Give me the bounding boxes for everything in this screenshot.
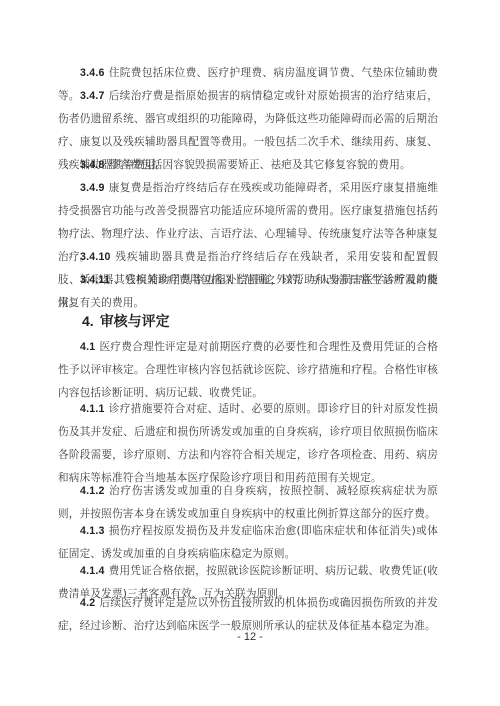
clause-text: 后续医疗费评定是应以外伤直接所致的机体损伤或确因损伤所致的并发症，经过诊断、治疗…	[58, 597, 438, 632]
clause-number: 4.2	[80, 597, 95, 609]
clause-number: 3.4.9	[80, 182, 105, 194]
clause-text: 诊疗措施要符合对症、适时、必要的原则。即诊疗目的针对原发性损伤及其并发症、后遗症…	[58, 403, 438, 484]
section-title: 审核与评定	[100, 314, 170, 330]
paragraph-4-1-1: 4.1.1诊疗措施要符合对症、适时、必要的原则。即诊疗目的针对原发性损伤及其并发…	[58, 398, 438, 490]
paragraph-4-1: 4.1医疗费合理性评定是对前期医疗费的必要性和合理性及费用凭证的合格性予以评审核…	[58, 336, 438, 405]
section-heading: 4.审核与评定	[82, 311, 170, 331]
clause-number: 4.1.1	[80, 403, 105, 415]
paragraph-3-4-8: 3.4.8整容费包括因容貌毁损需要矫正、祛疤及其它修复容貌的费用。	[58, 154, 438, 177]
clause-text: 整容费包括因容貌毁损需要矫正、祛疤及其它修复容貌的费用。	[109, 159, 411, 171]
document-page: 3.4.6住院费包括床位费、医疗护理费、病房温度调节费、气垫床位辅助费等。 3.…	[0, 0, 500, 706]
paragraph-3-4-11: 3.4.11其它相关诊疗费用包括以上范围之外的、与人身损害医学诊疗及功能恢复有关…	[58, 269, 438, 315]
section-number: 4.	[82, 313, 94, 329]
clause-number: 4.1.2	[80, 485, 105, 497]
clause-number: 4.1.4	[80, 565, 105, 577]
clause-number: 3.4.8	[80, 159, 105, 171]
clause-number: 3.4.6	[80, 67, 105, 79]
clause-number: 3.4.10	[80, 251, 111, 263]
clause-text: 治疗伤害诱发或加重的自身疾病，按照控制、减轻原疾病症状为原则，并按照伤害本身在诱…	[58, 485, 438, 520]
clause-number: 3.4.7	[80, 90, 105, 102]
clause-text: 其它相关诊疗费用包括以上范围之外的、与人身损害医学诊疗及功能恢复有关的费用。	[58, 274, 438, 309]
clause-text: 损伤疗程按原发损伤及并发症临床治愈(即临床症状和体征消失)或体征固定、诱发或加重…	[58, 525, 438, 560]
page-number: - 12 -	[0, 631, 500, 643]
clause-text: 医疗费合理性评定是对前期医疗费的必要性和合理性及费用凭证的合格性予以评审核定。合…	[58, 341, 438, 399]
clause-number: 4.1.3	[80, 525, 105, 537]
clause-number: 3.4.11	[80, 274, 110, 286]
clause-number: 4.1	[80, 341, 95, 353]
